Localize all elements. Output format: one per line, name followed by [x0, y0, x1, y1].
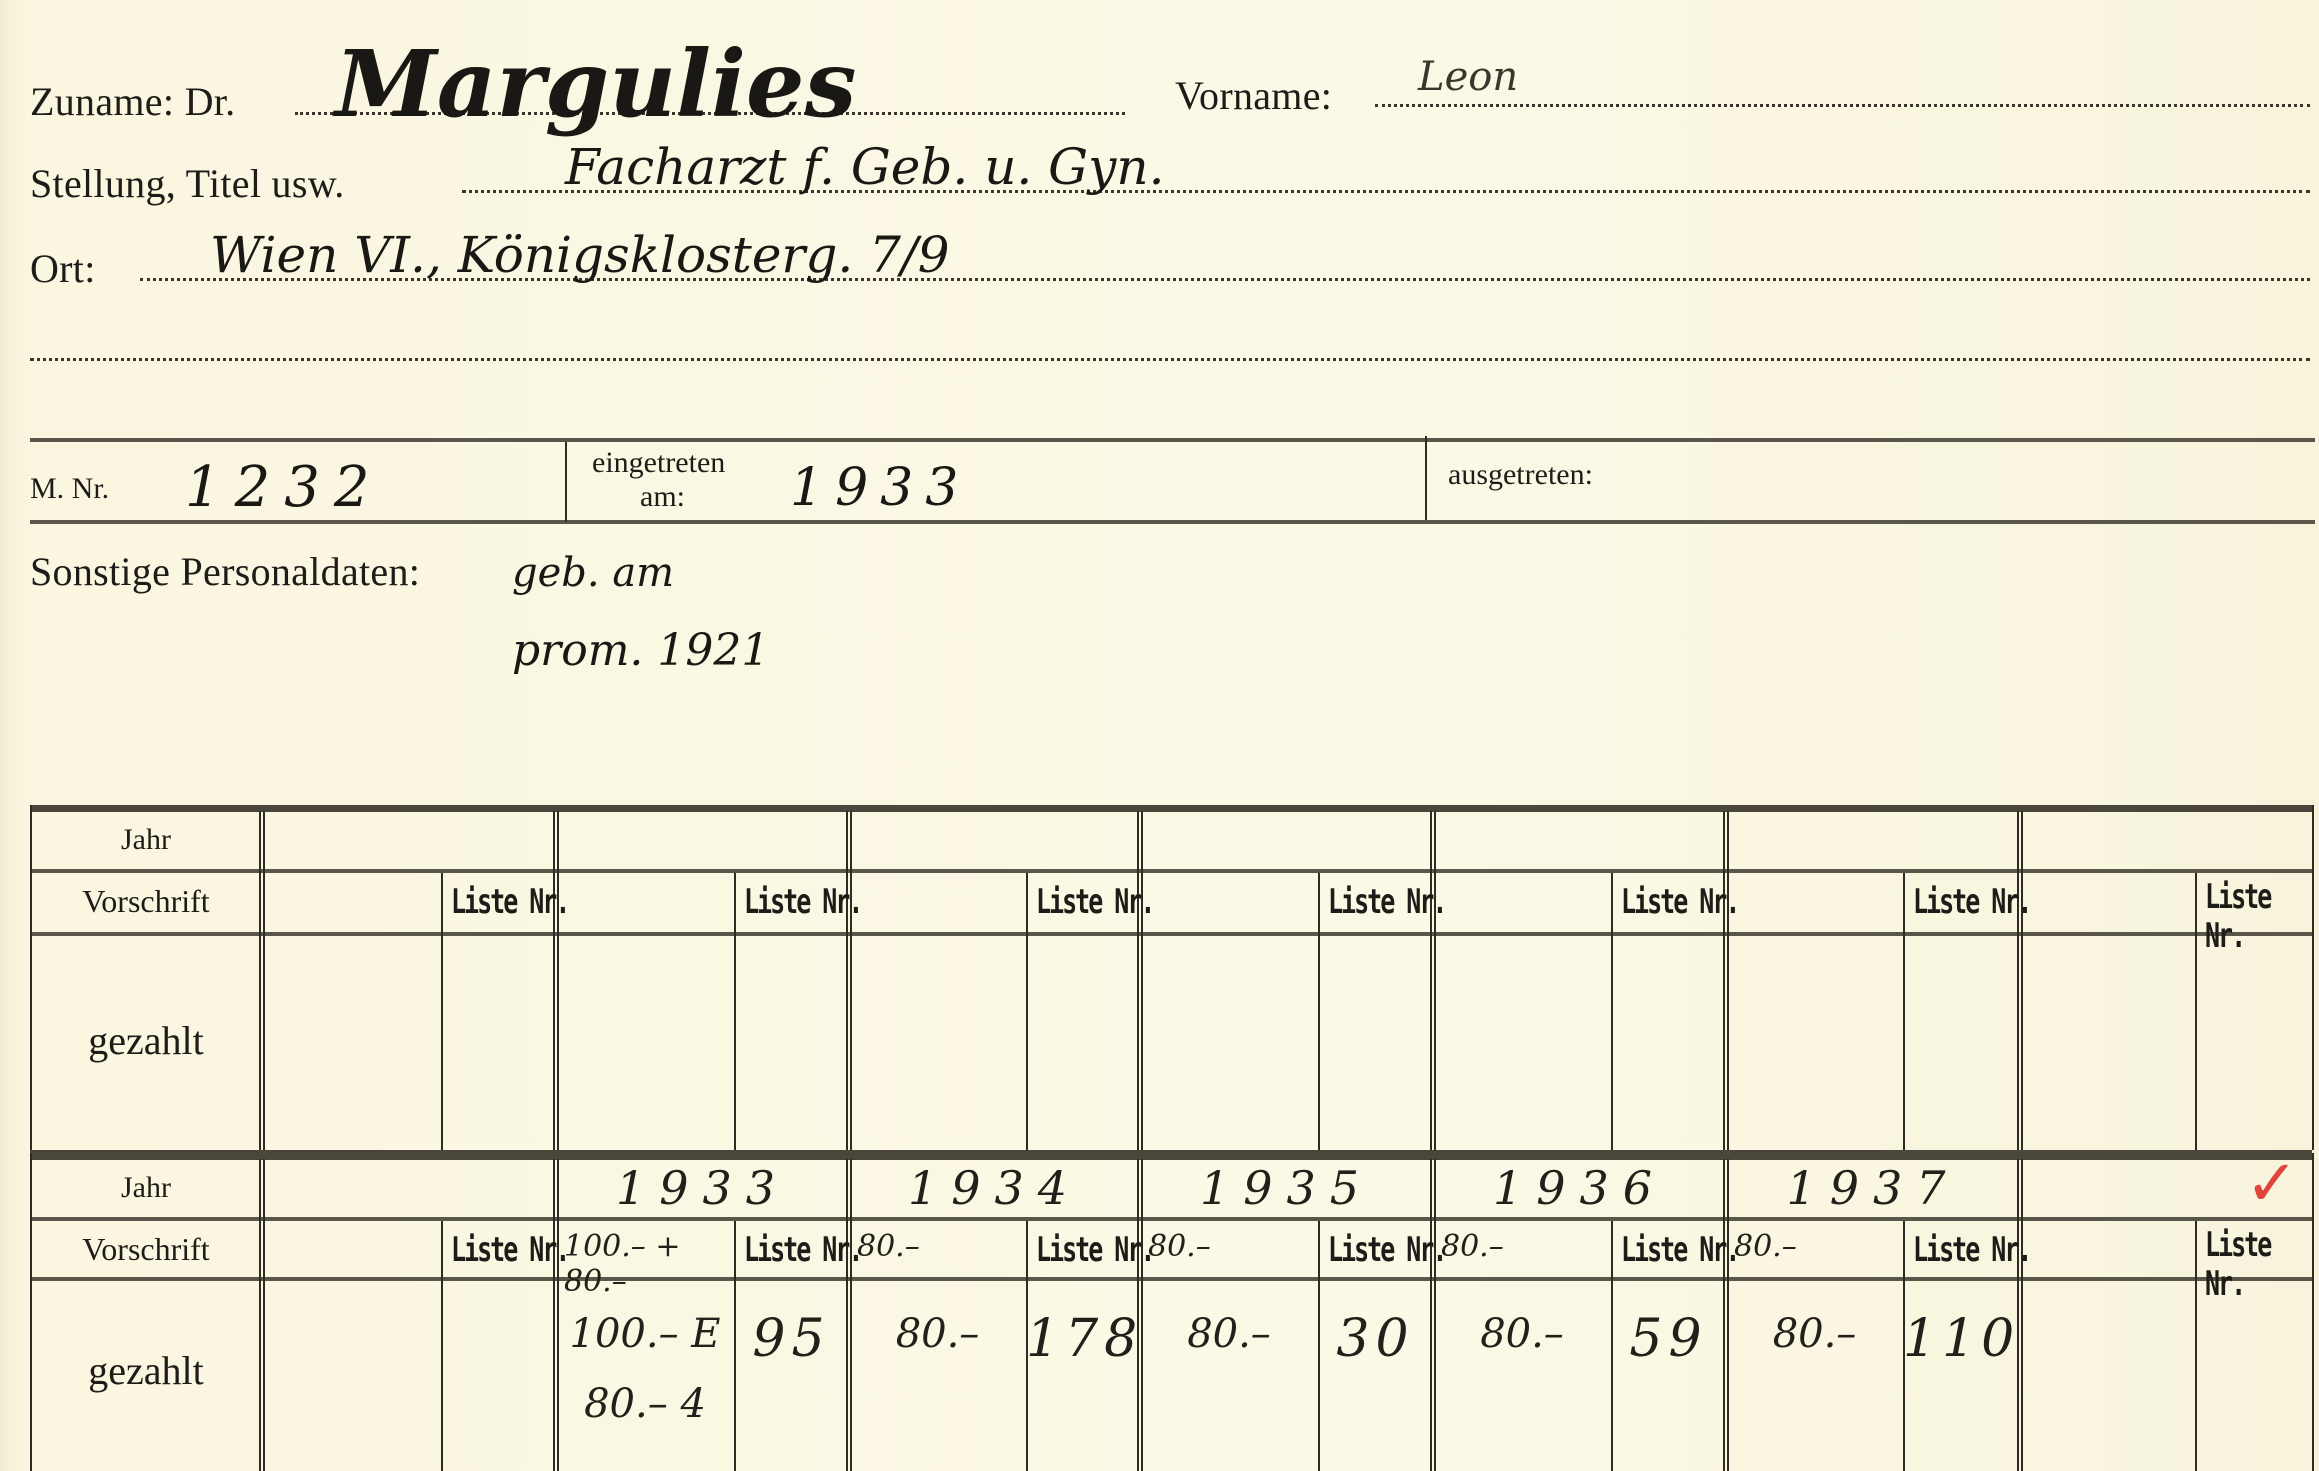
red-check-icon: ✓	[2245, 1147, 2299, 1221]
table-1-group-divider	[846, 811, 852, 1150]
mnr-value: 1232	[185, 455, 384, 520]
table-1-group-divider	[1430, 811, 1436, 1150]
table-2-cell-gezahlt: 80.–	[1433, 1299, 1611, 1369]
index-card: Zuname: Dr. Margulies Vorname: Leon Stel…	[0, 0, 2319, 1471]
member-divider-2	[1425, 436, 1427, 520]
stellung-value: Facharzt f. Geb. u. Gyn.	[565, 138, 1164, 196]
table-2-cell-vorschrift: 80.–	[1148, 1229, 1316, 1264]
table-2-liste-nr-header: Liste Nr.	[1036, 1230, 1153, 1269]
table-2-cell-gezahlt: 80.–	[1726, 1299, 1903, 1369]
table-1-top-rule	[30, 805, 2312, 812]
table-1-liste-nr-header: Liste Nr.	[744, 882, 861, 921]
table-2-top-rule	[30, 1153, 2312, 1160]
table-2-jahr-rule	[30, 1217, 2312, 1221]
table-1-liste-nr-header: Liste Nr.	[1913, 882, 2030, 921]
stellung-label: Stellung, Titel usw.	[30, 160, 345, 207]
table-1-vorschrift-rule	[30, 932, 2312, 936]
table-2-right-border	[2312, 1153, 2314, 1471]
blank-line	[30, 358, 2310, 361]
table-1-right-border	[2312, 805, 2314, 1150]
table-2-cell-jahr: 1935	[1140, 1161, 1433, 1215]
table-1-liste-divider	[1026, 873, 1028, 1150]
table-2-cell-liste-nr: 110	[1903, 1309, 2020, 1369]
table-2-cell-vorschrift: 80.–	[1734, 1229, 1901, 1264]
sonstige-label: Sonstige Personaldaten:	[30, 548, 420, 595]
table-1-row-label-gezahlt: gezahlt	[30, 1017, 262, 1064]
eingetreten-am-label: am:	[640, 480, 685, 514]
table-1-row-label-vorschrift: Vorschrift	[30, 883, 262, 920]
table-1-liste-divider	[1611, 873, 1613, 1150]
table-1-group-divider	[1723, 811, 1729, 1150]
table-2-cell-liste-nr: 95	[734, 1309, 849, 1369]
ort-label: Ort:	[30, 245, 96, 292]
table-2-row-label-jahr: Jahr	[30, 1171, 262, 1205]
table-2-cell-gezahlt: 80.–	[849, 1299, 1026, 1369]
table-2-cell-liste-nr: 30	[1318, 1309, 1433, 1369]
table-2-cell-jahr: 1936	[1433, 1161, 1726, 1215]
table-2-liste-nr-header: Liste Nr.	[2205, 1225, 2319, 1303]
table-1-liste-nr-header: Liste Nr.	[1621, 882, 1738, 921]
table-2-cell-jahr: 1937	[1726, 1161, 2020, 1215]
member-row-bottom-rule	[30, 520, 2315, 524]
table-2-cell-jahr: 1933	[556, 1161, 849, 1215]
table-2-group-divider	[259, 1159, 265, 1471]
table-1-liste-nr-header: Liste Nr.	[1328, 882, 1445, 921]
table-2-cell-gezahlt: 80.–	[1140, 1299, 1318, 1369]
table-2-liste-nr-header: Liste Nr.	[1913, 1230, 2030, 1269]
table-1-group-divider	[1137, 811, 1143, 1150]
table-2-row-label-vorschrift: Vorschrift	[30, 1231, 262, 1268]
zuname-value: Margulies	[335, 30, 856, 138]
table-1-liste-divider	[734, 873, 736, 1150]
table-2-liste-divider	[441, 1221, 443, 1471]
table-2-liste-nr-header: Liste Nr.	[744, 1230, 861, 1269]
table-2-cell-vorschrift: 100.– + 80.–	[564, 1229, 732, 1299]
eingetreten-label: eingetreten	[592, 446, 725, 480]
table-1-group-divider	[553, 811, 559, 1150]
zuname-label: Zuname: Dr.	[30, 78, 235, 125]
table-1-liste-nr-header: Liste Nr.	[1036, 882, 1153, 921]
table-1-liste-nr-header: Liste Nr.	[2205, 877, 2319, 955]
table-1-liste-divider	[1903, 873, 1905, 1150]
table-2-liste-divider	[2195, 1221, 2197, 1471]
table-1-group-divider	[2017, 811, 2023, 1150]
eingetreten-value: 1933	[790, 458, 970, 518]
member-divider-1	[565, 442, 567, 522]
ort-value: Wien VI., Königsklosterg. 7/9	[210, 226, 950, 284]
table-1-jahr-rule	[30, 869, 2312, 873]
table-2-cell-liste-nr: 178	[1026, 1309, 1140, 1369]
table-2-liste-nr-header: Liste Nr.	[1328, 1230, 1445, 1269]
table-2-liste-nr-header: Liste Nr.	[1621, 1230, 1738, 1269]
table-2-cell-vorschrift: 80.–	[1441, 1229, 1609, 1264]
table-1-liste-divider	[2195, 873, 2197, 1150]
table-2-row-label-gezahlt: gezahlt	[30, 1347, 262, 1394]
table-1-row-label-jahr: Jahr	[30, 823, 262, 857]
table-2-cell-vorschrift: 80.–	[857, 1229, 1024, 1264]
vorname-value: Leon	[1418, 54, 1518, 100]
table-2-vorschrift-rule	[30, 1277, 2312, 1281]
sonstige-line-1: geb. am	[512, 550, 674, 596]
table-2-cell-liste-nr: 59	[1611, 1309, 1726, 1369]
table-2-cell-gezahlt: 100.– E 80.– 4	[556, 1299, 734, 1439]
vorname-line	[1375, 104, 2310, 107]
table-2-liste-nr-header: Liste Nr.	[451, 1230, 568, 1269]
member-row-top-rule	[30, 438, 2315, 442]
table-1-liste-divider	[441, 873, 443, 1150]
table-1-liste-nr-header: Liste Nr.	[451, 882, 568, 921]
mnr-label: M. Nr.	[30, 472, 109, 506]
table-1-liste-divider	[1318, 873, 1320, 1150]
sonstige-line-2: prom. 1921	[512, 625, 769, 676]
table-2-cell-jahr: 1934	[849, 1161, 1140, 1215]
ausgetreten-label: ausgetreten:	[1448, 458, 1593, 492]
table-1-group-divider	[259, 811, 265, 1150]
vorname-label: Vorname:	[1175, 72, 1332, 119]
